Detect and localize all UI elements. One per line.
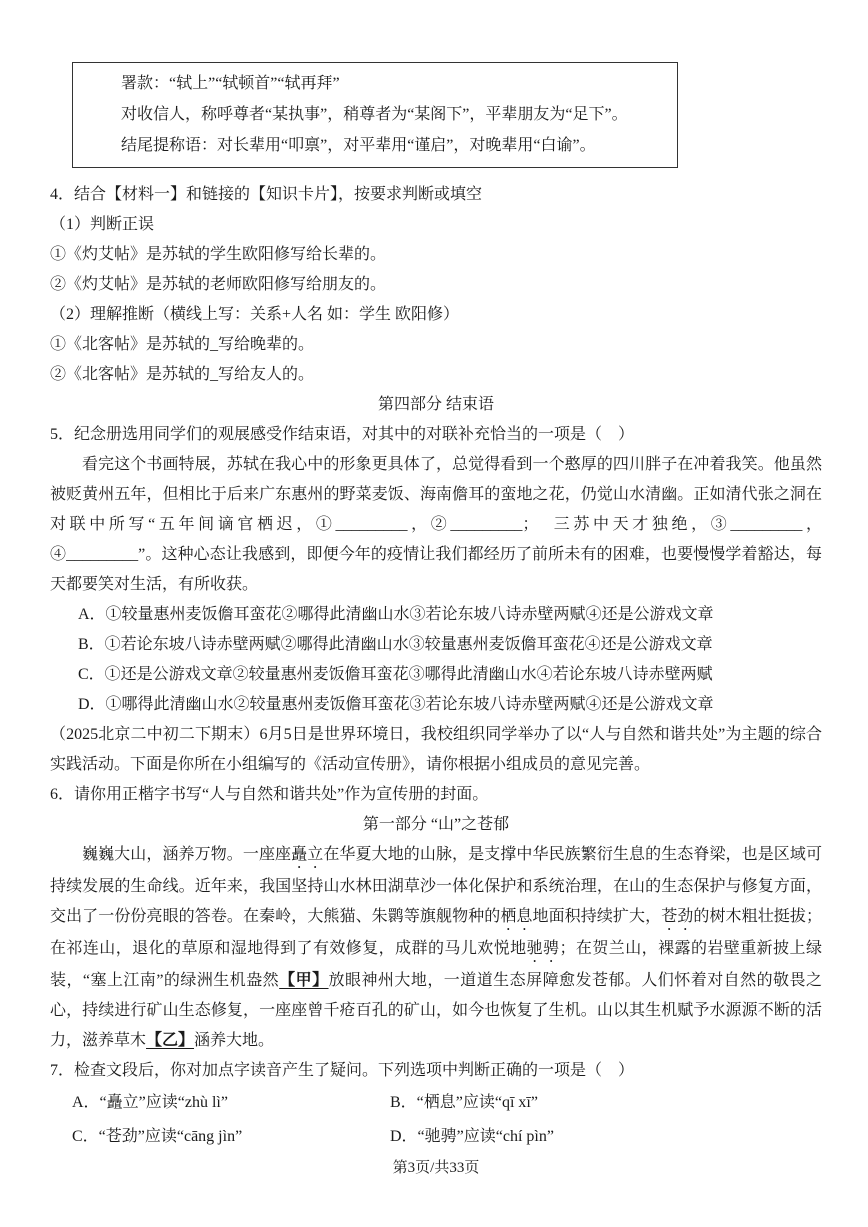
question7-option-b: B．“栖息”应读“qī xī”: [390, 1086, 822, 1120]
blank-marker: 【乙】: [146, 1032, 194, 1049]
blank-marker: 【甲】: [279, 972, 328, 989]
question4-part1-label: （1）判断正误: [50, 210, 822, 240]
knowledge-card-line: 结尾提称语：对长辈用“叩禀”，对平辈用“谨启”，对晚辈用“白谕”。: [121, 130, 663, 161]
emphasized-word: 驰骋: [527, 940, 560, 957]
knowledge-card-line: 署款：“轼上”“轼顿首”“轼再拜”: [121, 68, 663, 99]
question4-part2-item: ②《北客帖》是苏轼的_写给友人的。: [50, 360, 822, 390]
question5-option-a: A．①较量惠州麦饭儋耳蛮花②哪得此清幽山水③若论东坡八诗赤壁两赋④还是公游戏文章: [78, 600, 822, 630]
question4-part1-item: ②《灼艾帖》是苏轼的老师欧阳修写给朋友的。: [50, 270, 822, 300]
question4-stem: 4．结合【材料一】和链接的【知识卡片】，按要求判断或填空: [50, 180, 822, 210]
text-segment: 巍巍大山，涵养万物。一座座: [82, 846, 291, 863]
mountain-paragraph: 巍巍大山，涵养万物。一座座矗立在华夏大地的山脉，是支撑中华民族繁衍生息的生态脊梁…: [50, 840, 822, 1056]
question5-paragraph: 看完这个书画特展，苏轼在我心中的形象更具体了，总觉得看到一个憨厚的四川胖子在冲着…: [50, 450, 822, 600]
question7-option-a: A．“矗立”应读“zhù lì”: [72, 1086, 390, 1120]
emphasized-word: 苍劲: [661, 908, 693, 925]
emphasized-word: 栖息: [500, 908, 532, 925]
knowledge-card-box: 署款：“轼上”“轼顿首”“轼再拜” 对收信人，称呼尊者“某执事”，稍尊者为“某阁…: [72, 62, 678, 168]
question7-option-c: C．“苍劲”应读“cāng jìn”: [72, 1120, 390, 1154]
question7-stem: 7．检查文段后，你对加点字读音产生了疑问。下列选项中判断正确的一项是（ ）: [50, 1056, 822, 1086]
question5-option-d: D．①哪得此清幽山水②较量惠州麦饭儋耳蛮花③若论东坡八诗赤壁两赋④还是公游戏文章: [78, 690, 822, 720]
intro-2025: （2025北京二中初二下期末）6月5日是世界环境日，我校组织同学举办了以“人与自…: [50, 720, 822, 780]
question5-stem: 5．纪念册选用同学们的观展感受作结束语，对其中的对联补充恰当的一项是（ ）: [50, 420, 822, 450]
question7-options: A．“矗立”应读“zhù lì” B．“栖息”应读“qī xī” C．“苍劲”应…: [72, 1086, 822, 1154]
section-heading-part1: 第一部分 “山”之苍郁: [50, 810, 822, 840]
question4-part2-item: ①《北客帖》是苏轼的_写给晚辈的。: [50, 330, 822, 360]
knowledge-card-line: 对收信人，称呼尊者“某执事”，稍尊者为“某阁下”，平辈朋友为“足下”。: [121, 99, 663, 130]
question4-part1-item: ①《灼艾帖》是苏轼的学生欧阳修写给长辈的。: [50, 240, 822, 270]
question5-option-c: C．①还是公游戏文章②较量惠州麦饭儋耳蛮花③哪得此清幽山水④若论东坡八诗赤壁两赋: [78, 660, 822, 690]
emphasized-word: 矗立: [291, 846, 323, 863]
text-segment: 涵养大地。: [194, 1032, 274, 1049]
question6-stem: 6．请你用正楷字书写“人与自然和谐共处”作为宣传册的封面。: [50, 780, 822, 810]
exam-page: 署款：“轼上”“轼顿首”“轼再拜” 对收信人，称呼尊者“某执事”，稍尊者为“某阁…: [0, 0, 868, 1227]
question7-option-d: D．“驰骋”应读“chí pìn”: [390, 1120, 822, 1154]
question5-option-b: B．①若论东坡八诗赤壁两赋②哪得此清幽山水③较量惠州麦饭儋耳蛮花④还是公游戏文章: [78, 630, 822, 660]
question4-part2-label: （2）理解推断（横线上写：关系+人名 如：学生 欧阳修）: [50, 300, 822, 330]
section-heading-part4: 第四部分 结束语: [50, 390, 822, 420]
text-segment: 地面积持续扩大，: [533, 908, 662, 925]
page-footer: 第3页/共33页: [50, 1157, 822, 1179]
